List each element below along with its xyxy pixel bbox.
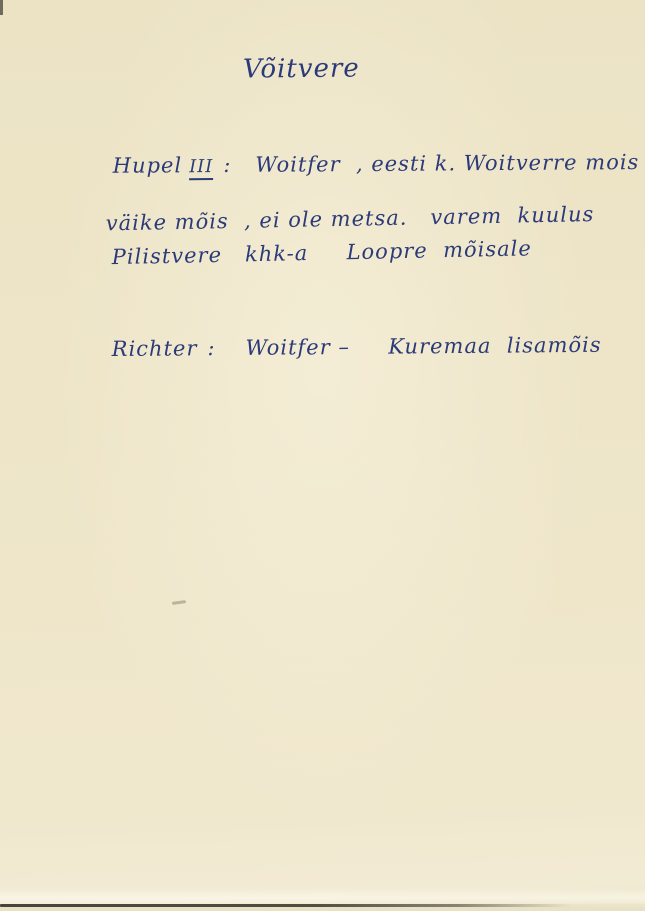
card-edge-mark (0, 0, 3, 15)
entry-continuation-2: Pilistvere khk-a Loopre mõisale (84, 212, 532, 293)
entry-text-richter: Woitfer – Kuremaa lisamõis (245, 333, 601, 360)
entry-richter: Richter:Woitfer – Kuremaa lisamõis (85, 309, 602, 386)
colon-separator: : (207, 336, 215, 360)
colon-separator: : (223, 153, 231, 177)
card-bottom-highlight (0, 888, 645, 904)
entry-text-hupel: Woitfer , eesti k. Woitverre mois (255, 150, 639, 177)
card-title: Võitvere (243, 53, 360, 84)
card-bottom-edge (0, 907, 645, 911)
index-card: Võitvere HupelIII:Woitfer , eesti k. Woi… (0, 0, 645, 911)
entry-text-continuation-2: Pilistvere khk-a Loopre mõisale (111, 236, 532, 269)
source-label-hupel: Hupel (113, 153, 183, 177)
source-label-richter: Richter (112, 336, 198, 361)
roman-numeral-iii: III (189, 156, 213, 180)
paper-speck (172, 600, 186, 605)
